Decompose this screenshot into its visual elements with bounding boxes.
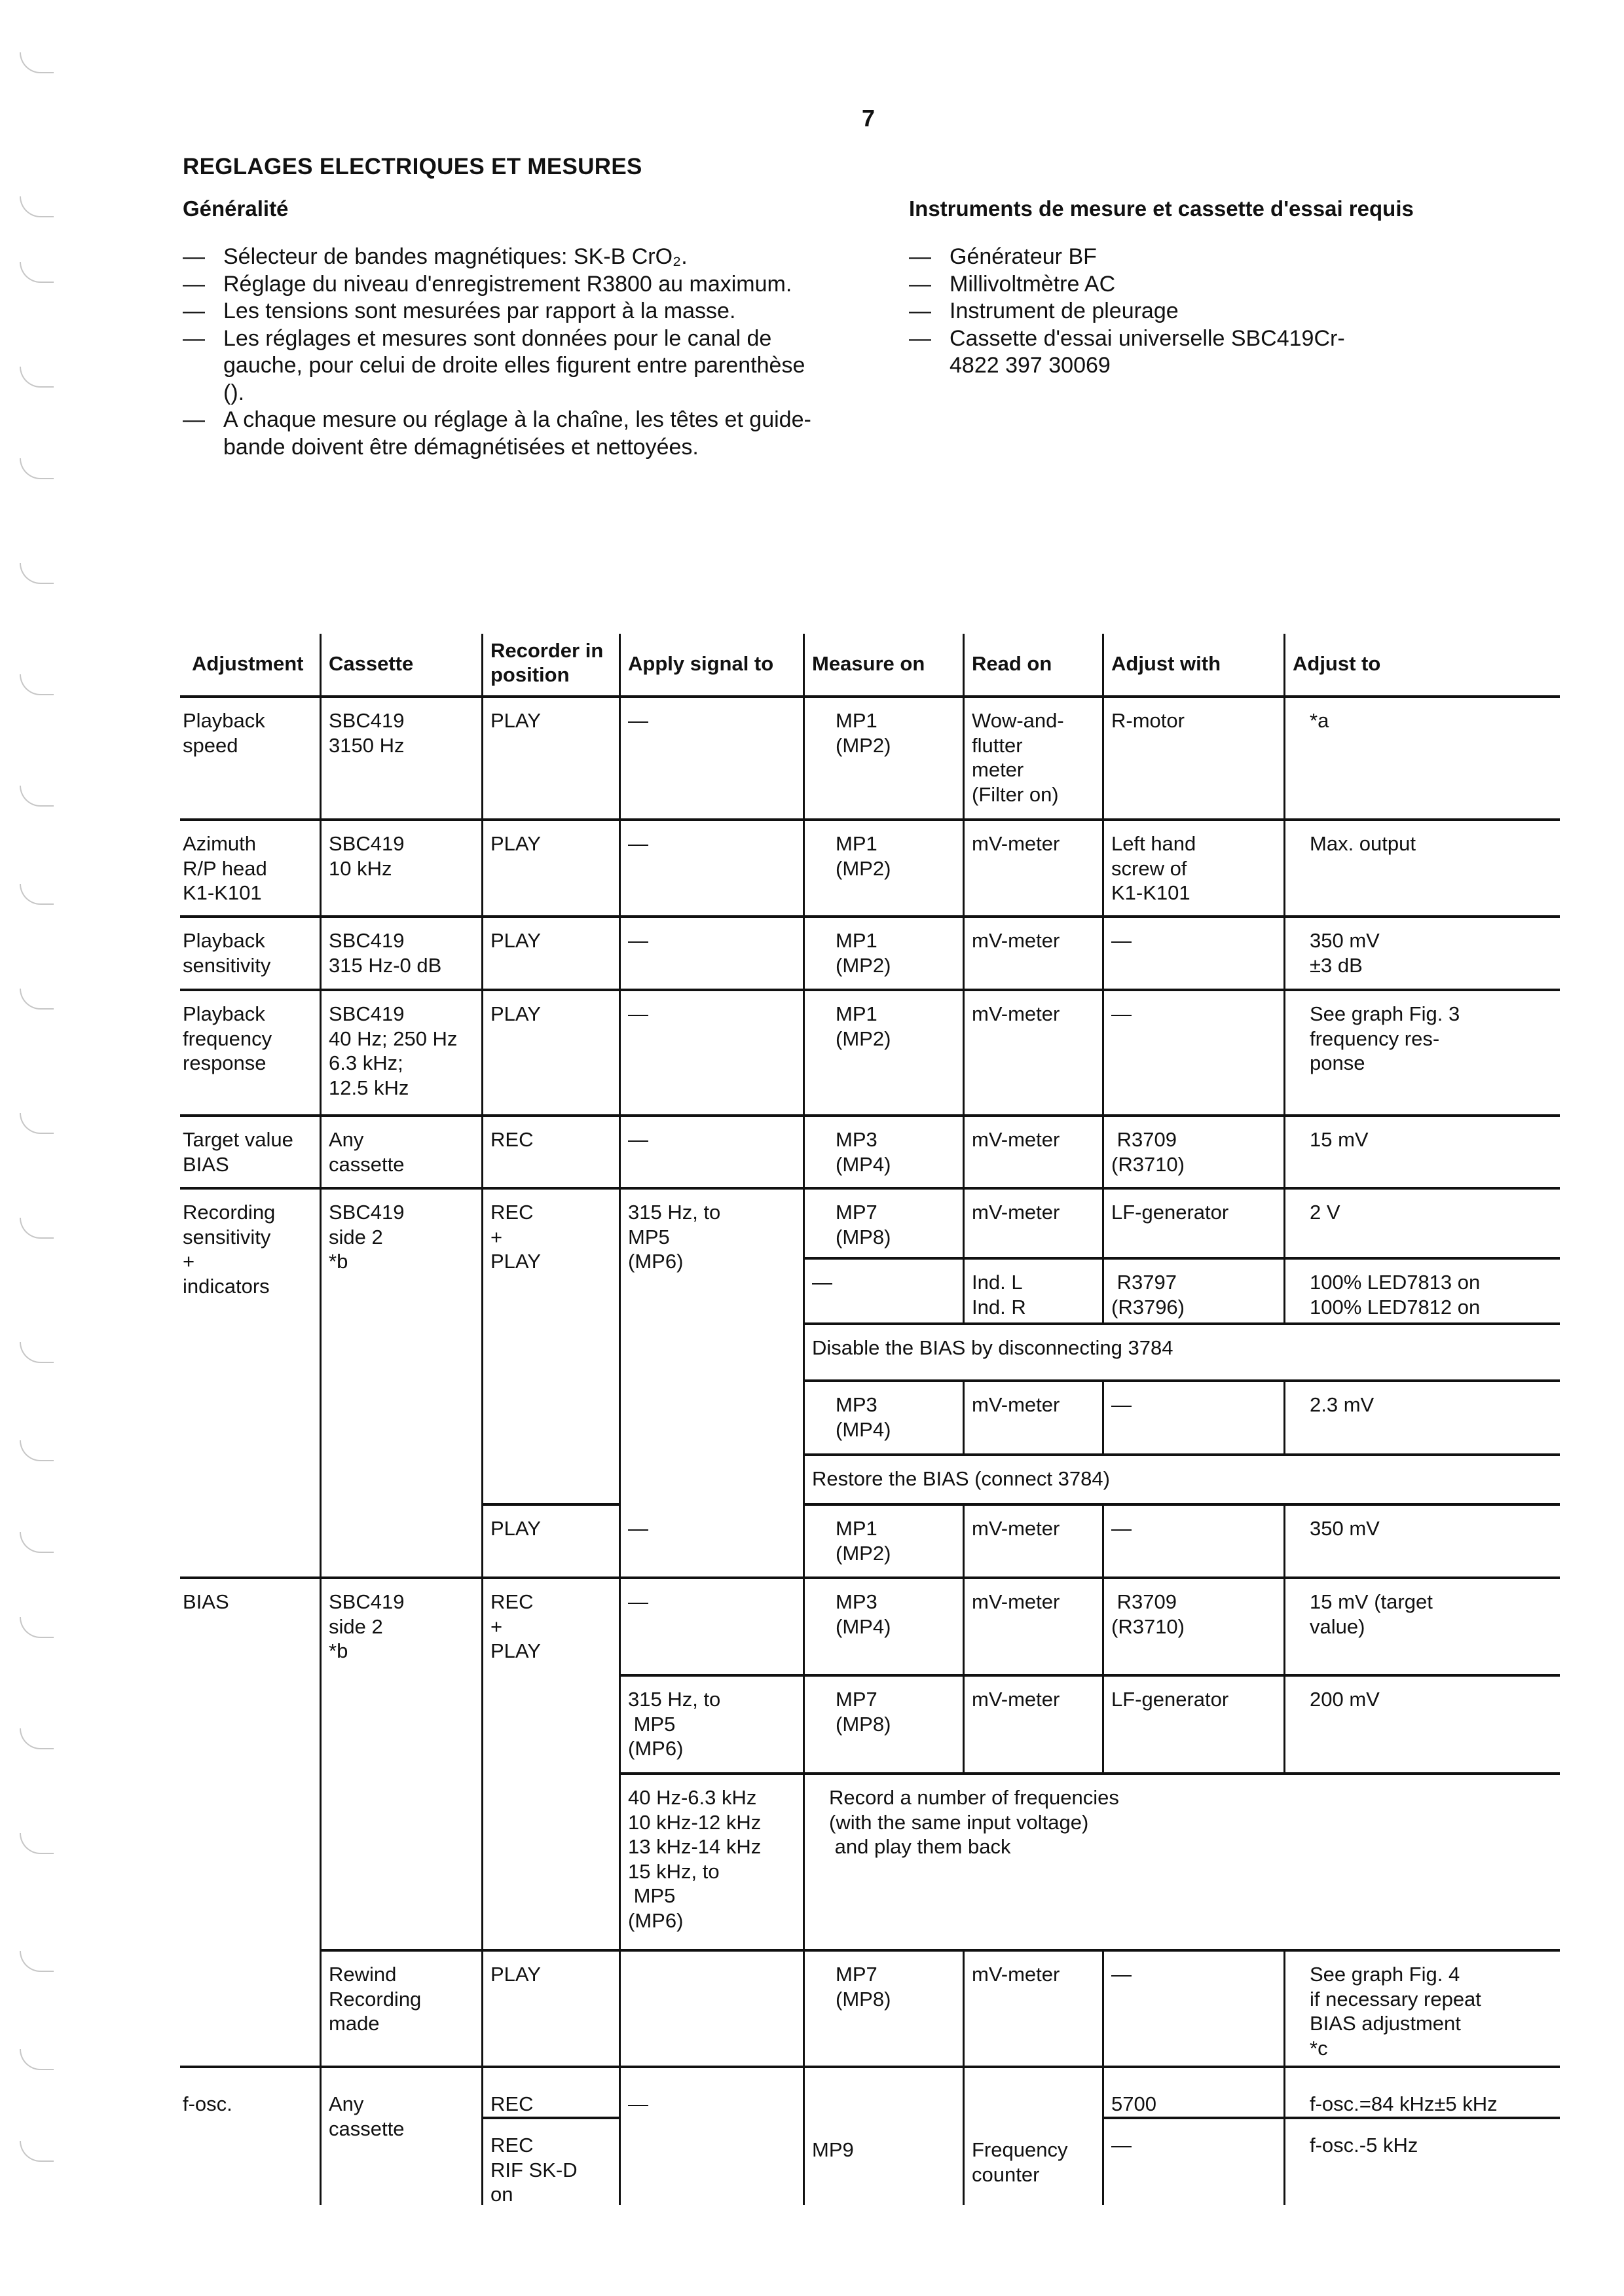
apply-signal-cell: 315 Hz, to MP5 (MP6) — [628, 1200, 720, 1274]
read-on-cell: mV-meter — [972, 1962, 1060, 1987]
read-on-cell: mV-meter — [972, 1200, 1060, 1225]
table-rule-v — [963, 989, 965, 1114]
list-item: Les réglages et mesures sont données pou… — [183, 325, 826, 407]
table-rule-h — [180, 2066, 1560, 2068]
table-rule-h — [180, 1576, 1560, 1579]
adjust-to-cell: See graph Fig. 3 frequency res- ponse — [1310, 1002, 1460, 1076]
table-rule-v — [619, 915, 621, 989]
read-on-cell: mV-meter — [972, 1687, 1060, 1712]
cassette-cell: Any cassette — [329, 1127, 404, 1176]
instruction-note: Record a number of frequencies (with the… — [829, 1785, 1119, 1859]
apply-signal-cell: — — [628, 708, 648, 733]
table-rule-v — [963, 1503, 965, 1576]
table-rule-v — [1102, 1949, 1104, 2066]
table-rule-v — [619, 2066, 621, 2205]
adjustment-cell: Target value BIAS — [183, 1127, 293, 1176]
table-rule-h — [1102, 2117, 1560, 2119]
scan-mark — [20, 1218, 54, 1239]
measure-cell: MP7 (MP8) — [836, 1962, 891, 2011]
column-header: Measure on — [812, 651, 925, 676]
scan-mark — [20, 1532, 54, 1553]
read-on-cell: mV-meter — [972, 1002, 1060, 1027]
table-rule-v — [803, 915, 805, 989]
table-rule-v — [963, 1576, 965, 1674]
table-rule-v — [1283, 1379, 1285, 1453]
table-rule-v — [803, 634, 805, 695]
measure-cell: MP3 (MP4) — [836, 1590, 891, 1639]
adjustment-cell: f-osc. — [183, 2092, 232, 2117]
scan-mark — [20, 52, 54, 73]
table-rule-v — [619, 1187, 621, 1576]
table-rule-v — [803, 1114, 805, 1187]
table-rule-v — [1283, 1949, 1285, 2066]
table-rule-h — [619, 1772, 1560, 1775]
adjustment-cell: Playback frequency response — [183, 1002, 272, 1076]
adjust-with-cell: — — [1111, 1393, 1132, 1417]
recorder-cell: PLAY — [490, 1002, 541, 1027]
adjust-with-cell: R3709 (R3710) — [1111, 1127, 1185, 1176]
table-rule-v — [1102, 1576, 1104, 1674]
recorder-cell: PLAY — [490, 831, 541, 856]
table-rule-v — [619, 818, 621, 915]
measure-cell: MP7 (MP8) — [836, 1200, 891, 1249]
table-rule-v — [320, 1576, 322, 2066]
list-item: Millivoltmètre AC — [909, 271, 1531, 299]
scan-mark — [20, 674, 54, 695]
table-rule-v — [1102, 1187, 1104, 1257]
instruments-list: Générateur BF Millivoltmètre AC Instrume… — [909, 244, 1531, 380]
adjust-to-cell: 200 mV — [1310, 1687, 1380, 1712]
table-rule-v — [1102, 818, 1104, 915]
generalite-heading: Généralité — [183, 196, 838, 221]
read-on-cell: Ind. L Ind. R — [972, 1270, 1026, 1319]
recorder-cell: REC RIF SK-D on — [490, 2133, 578, 2207]
instruments-heading: Instruments de mesure et cassette d'essa… — [909, 196, 1531, 221]
list-item: Sélecteur de bandes magnétiques: SK-B Cr… — [183, 244, 838, 271]
table-rule-h — [803, 1257, 1560, 1260]
list-item: Les tensions sont mesurées par rapport à… — [183, 298, 838, 325]
table-rule-v — [320, 1187, 322, 1576]
column-header: Adjust with — [1111, 651, 1221, 676]
table-rule-v — [619, 1114, 621, 1187]
table-rule-v — [1283, 1503, 1285, 1576]
table-rule-v — [619, 1576, 621, 2066]
table-rule-v — [1283, 695, 1285, 818]
recorder-cell: PLAY — [490, 1962, 541, 1987]
adjust-to-cell: 100% LED7813 on 100% LED7812 on — [1310, 1270, 1480, 1319]
table-rule-v — [963, 1674, 965, 1772]
table-rule-v — [481, 695, 483, 818]
measure-cell: MP1 (MP2) — [836, 831, 891, 881]
instruction-note: Restore the BIAS (connect 3784) — [812, 1467, 1110, 1491]
recorder-cell: REC — [490, 2092, 533, 2117]
list-item: Générateur BF — [909, 244, 1531, 271]
column-header: Apply signal to — [628, 651, 773, 676]
table-rule-v — [963, 1114, 965, 1187]
apply-signal-cell: — — [628, 1516, 648, 1541]
recorder-cell: PLAY — [490, 928, 541, 953]
table-rule-v — [963, 1379, 965, 1453]
table-rule-h — [180, 1187, 1560, 1190]
recorder-cell: REC + PLAY — [490, 1590, 541, 1664]
table-rule-h — [180, 695, 1560, 698]
column-header: Adjustment — [192, 651, 304, 676]
recorder-cell: PLAY — [490, 708, 541, 733]
adjust-with-cell: — — [1111, 928, 1132, 953]
table-rule-v — [963, 1257, 965, 1322]
table-rule-h — [803, 1453, 1560, 1456]
read-on-cell: mV-meter — [972, 1127, 1060, 1152]
table-rule-h — [180, 989, 1560, 991]
adjustment-cell: Playback speed — [183, 708, 265, 757]
adjust-to-cell: *a — [1310, 708, 1329, 733]
table-rule-v — [320, 695, 322, 818]
adjust-to-cell: See graph Fig. 4 if necessary repeat BIA… — [1310, 1962, 1481, 2060]
table-rule-v — [963, 2066, 965, 2205]
cassette-cell: SBC419 40 Hz; 250 Hz 6.3 kHz; 12.5 kHz — [329, 1002, 457, 1100]
table-rule-h — [803, 1322, 1560, 1325]
instruction-note: Disable the BIAS by disconnecting 3784 — [812, 1336, 1173, 1360]
measure-cell: MP1 (MP2) — [836, 1516, 891, 1565]
column-header: Read on — [972, 651, 1052, 676]
table-rule-v — [1283, 2066, 1285, 2205]
column-header: Adjust to — [1293, 651, 1380, 676]
table-rule-v — [803, 1772, 805, 1949]
adjust-to-cell: f-osc.=84 kHz±5 kHz — [1310, 2092, 1498, 2117]
table-rule-v — [1102, 634, 1104, 695]
table-rule-h — [619, 1674, 1560, 1677]
adjustment-cell: BIAS — [183, 1590, 229, 1614]
scan-mark — [20, 1113, 54, 1134]
adjust-with-cell: — — [1111, 1516, 1132, 1541]
apply-signal-cell: 315 Hz, to MP5 (MP6) — [628, 1687, 720, 1761]
read-on-cell: mV-meter — [972, 1516, 1060, 1541]
adjust-with-cell: — — [1111, 1962, 1132, 1987]
adjustment-table: AdjustmentCassetteRecorder in positionAp… — [180, 632, 1560, 2210]
table-rule-v — [963, 1949, 965, 2066]
table-rule-v — [619, 634, 621, 695]
cassette-cell: SBC419 10 kHz — [329, 831, 404, 881]
table-rule-v — [1283, 989, 1285, 1114]
page-title: REGLAGES ELECTRIQUES ET MESURES — [183, 154, 642, 180]
table-rule-v — [1102, 1674, 1104, 1772]
adjust-with-cell: — — [1111, 2133, 1132, 2158]
generalite-list: Sélecteur de bandes magnétiques: SK-B Cr… — [183, 244, 838, 461]
adjustment-cell: Playback sensitivity — [183, 928, 270, 977]
table-rule-v — [320, 818, 322, 915]
scan-mark — [20, 458, 54, 479]
table-rule-h — [180, 915, 1560, 918]
table-rule-h — [320, 1949, 1560, 1952]
table-rule-v — [320, 915, 322, 989]
column-header: Recorder in position — [490, 638, 603, 687]
scan-mark — [20, 1440, 54, 1461]
scan-mark — [20, 786, 54, 807]
table-rule-v — [1102, 1257, 1104, 1322]
read-on-cell: mV-meter — [972, 831, 1060, 856]
adjust-with-cell: Left hand screw of K1-K101 — [1111, 831, 1196, 905]
adjustment-cell: Recording sensitivity + indicators — [183, 1200, 275, 1298]
table-rule-v — [481, 915, 483, 989]
measure-cell: MP3 (MP4) — [836, 1393, 891, 1442]
adjust-to-cell: f-osc.-5 kHz — [1310, 2133, 1418, 2158]
list-item: Instrument de pleurage — [909, 298, 1531, 325]
recorder-cell: REC + PLAY — [490, 1200, 541, 1274]
measure-cell: MP9 — [812, 2138, 854, 2162]
table-rule-v — [320, 634, 322, 695]
page-number: 7 — [862, 105, 875, 132]
table-rule-v — [320, 2066, 322, 2205]
table-rule-v — [1102, 1379, 1104, 1453]
measure-cell: MP1 (MP2) — [836, 708, 891, 757]
adjust-to-cell: Max. output — [1310, 831, 1416, 856]
cassette-cell: SBC419 side 2 *b — [329, 1200, 404, 1274]
table-rule-v — [619, 989, 621, 1114]
adjustment-cell: Azimuth R/P head K1-K101 — [183, 831, 267, 905]
adjust-to-cell: 350 mV ±3 dB — [1310, 928, 1380, 977]
instruments-section: Instruments de mesure et cassette d'essa… — [909, 196, 1531, 380]
table-rule-v — [963, 695, 965, 818]
table-rule-v — [481, 818, 483, 915]
measure-cell: MP3 (MP4) — [836, 1127, 891, 1176]
scan-mark — [20, 989, 54, 1010]
table-rule-h — [180, 1114, 1560, 1117]
cassette-cell: Any cassette — [329, 2092, 404, 2141]
cassette-cell: SBC419 3150 Hz — [329, 708, 404, 757]
scan-mark — [20, 1617, 54, 1638]
table-rule-v — [1102, 1114, 1104, 1187]
apply-signal-cell: — — [628, 2092, 648, 2117]
table-rule-v — [803, 1674, 805, 1772]
read-on-cell: Frequency counter — [972, 2138, 1067, 2187]
table-rule-v — [803, 2066, 805, 2205]
scan-mark — [20, 1833, 54, 1854]
read-on-cell: mV-meter — [972, 1590, 1060, 1614]
table-rule-v — [1283, 915, 1285, 989]
measure-cell: MP1 (MP2) — [836, 928, 891, 977]
table-rule-h — [180, 818, 1560, 821]
scan-mark — [20, 1342, 54, 1363]
read-on-cell: mV-meter — [972, 928, 1060, 953]
table-rule-v — [481, 634, 483, 695]
table-rule-v — [619, 695, 621, 818]
table-rule-v — [1102, 1503, 1104, 1576]
measure-cell: MP7 (MP8) — [836, 1687, 891, 1736]
adjust-to-cell: 15 mV (target value) — [1310, 1590, 1433, 1639]
table-rule-v — [1283, 634, 1285, 695]
adjust-with-cell: LF-generator — [1111, 1200, 1228, 1225]
apply-signal-cell: — — [628, 831, 648, 856]
table-rule-v — [1102, 2066, 1104, 2205]
table-rule-v — [1283, 1674, 1285, 1772]
scan-mark — [20, 196, 54, 217]
table-rule-v — [481, 2066, 483, 2205]
scan-mark — [20, 262, 54, 283]
table-rule-v — [1102, 695, 1104, 818]
table-rule-v — [320, 1114, 322, 1187]
adjust-with-cell: 5700 — [1111, 2092, 1156, 2117]
table-rule-v — [803, 989, 805, 1114]
table-rule-h — [481, 1503, 619, 1506]
scan-mark — [20, 2049, 54, 2070]
table-rule-v — [481, 1187, 483, 1576]
generalite-section: Généralité Sélecteur de bandes magnétiqu… — [183, 196, 838, 461]
adjust-to-cell: 2 V — [1310, 1200, 1340, 1225]
scan-mark — [20, 1951, 54, 1972]
apply-signal-cell: — — [628, 928, 648, 953]
table-rule-v — [803, 1949, 805, 2066]
table-rule-v — [1102, 915, 1104, 989]
list-item: A chaque mesure ou réglage à la chaîne, … — [183, 407, 845, 461]
table-rule-v — [1283, 818, 1285, 915]
adjust-to-cell: 350 mV — [1310, 1516, 1380, 1541]
table-rule-v — [1283, 1576, 1285, 1674]
apply-signal-cell: — — [628, 1590, 648, 1614]
adjust-with-cell: R3709 (R3710) — [1111, 1590, 1185, 1639]
cassette-cell: SBC419 315 Hz-0 dB — [329, 928, 441, 977]
recorder-cell: PLAY — [490, 1516, 541, 1541]
table-rule-v — [1102, 989, 1104, 1114]
column-header: Cassette — [329, 651, 413, 676]
adjust-to-cell: 15 mV — [1310, 1127, 1369, 1152]
table-rule-v — [803, 695, 805, 818]
scan-mark — [20, 1728, 54, 1749]
apply-signal-cell: — — [628, 1127, 648, 1152]
list-item: Réglage du niveau d'enregistrement R3800… — [183, 271, 813, 299]
table-rule-h — [803, 1379, 1560, 1382]
read-on-cell: Wow-and- flutter meter (Filter on) — [972, 708, 1064, 807]
apply-signal-cell: — — [628, 1002, 648, 1027]
apply-signal-cell: 40 Hz-6.3 kHz 10 kHz-12 kHz 13 kHz-14 kH… — [628, 1785, 761, 1933]
scan-mark — [20, 884, 54, 905]
table-rule-v — [803, 1576, 805, 1674]
adjust-with-cell: R-motor — [1111, 708, 1185, 733]
table-rule-v — [963, 1187, 965, 1257]
table-rule-v — [1283, 1187, 1285, 1257]
cassette-cell: Rewind Recording made — [329, 1962, 421, 2036]
scan-mark — [20, 2141, 54, 2162]
table-rule-h — [481, 2117, 619, 2119]
table-rule-v — [1283, 1257, 1285, 1322]
table-rule-v — [320, 989, 322, 1114]
scan-mark — [20, 563, 54, 584]
table-rule-v — [481, 989, 483, 1114]
table-rule-v — [963, 634, 965, 695]
table-rule-v — [963, 915, 965, 989]
table-rule-v — [1283, 1114, 1285, 1187]
adjust-with-cell: R3797 (R3796) — [1111, 1270, 1185, 1319]
measure-cell: MP1 (MP2) — [836, 1002, 891, 1051]
list-item: Cassette d'essai universelle SBC419Cr- 4… — [909, 325, 1531, 380]
read-on-cell: mV-meter — [972, 1393, 1060, 1417]
scan-mark — [20, 367, 54, 388]
table-rule-v — [803, 818, 805, 915]
table-rule-v — [481, 1576, 483, 2066]
adjust-to-cell: 2.3 mV — [1310, 1393, 1374, 1417]
table-rule-v — [963, 818, 965, 915]
table-rule-v — [481, 1114, 483, 1187]
measure-cell: — — [812, 1270, 832, 1295]
recorder-cell: REC — [490, 1127, 533, 1152]
adjust-with-cell: LF-generator — [1111, 1687, 1228, 1712]
adjust-with-cell: — — [1111, 1002, 1132, 1027]
cassette-cell: SBC419 side 2 *b — [329, 1590, 404, 1664]
table-rule-h — [803, 1503, 1560, 1506]
